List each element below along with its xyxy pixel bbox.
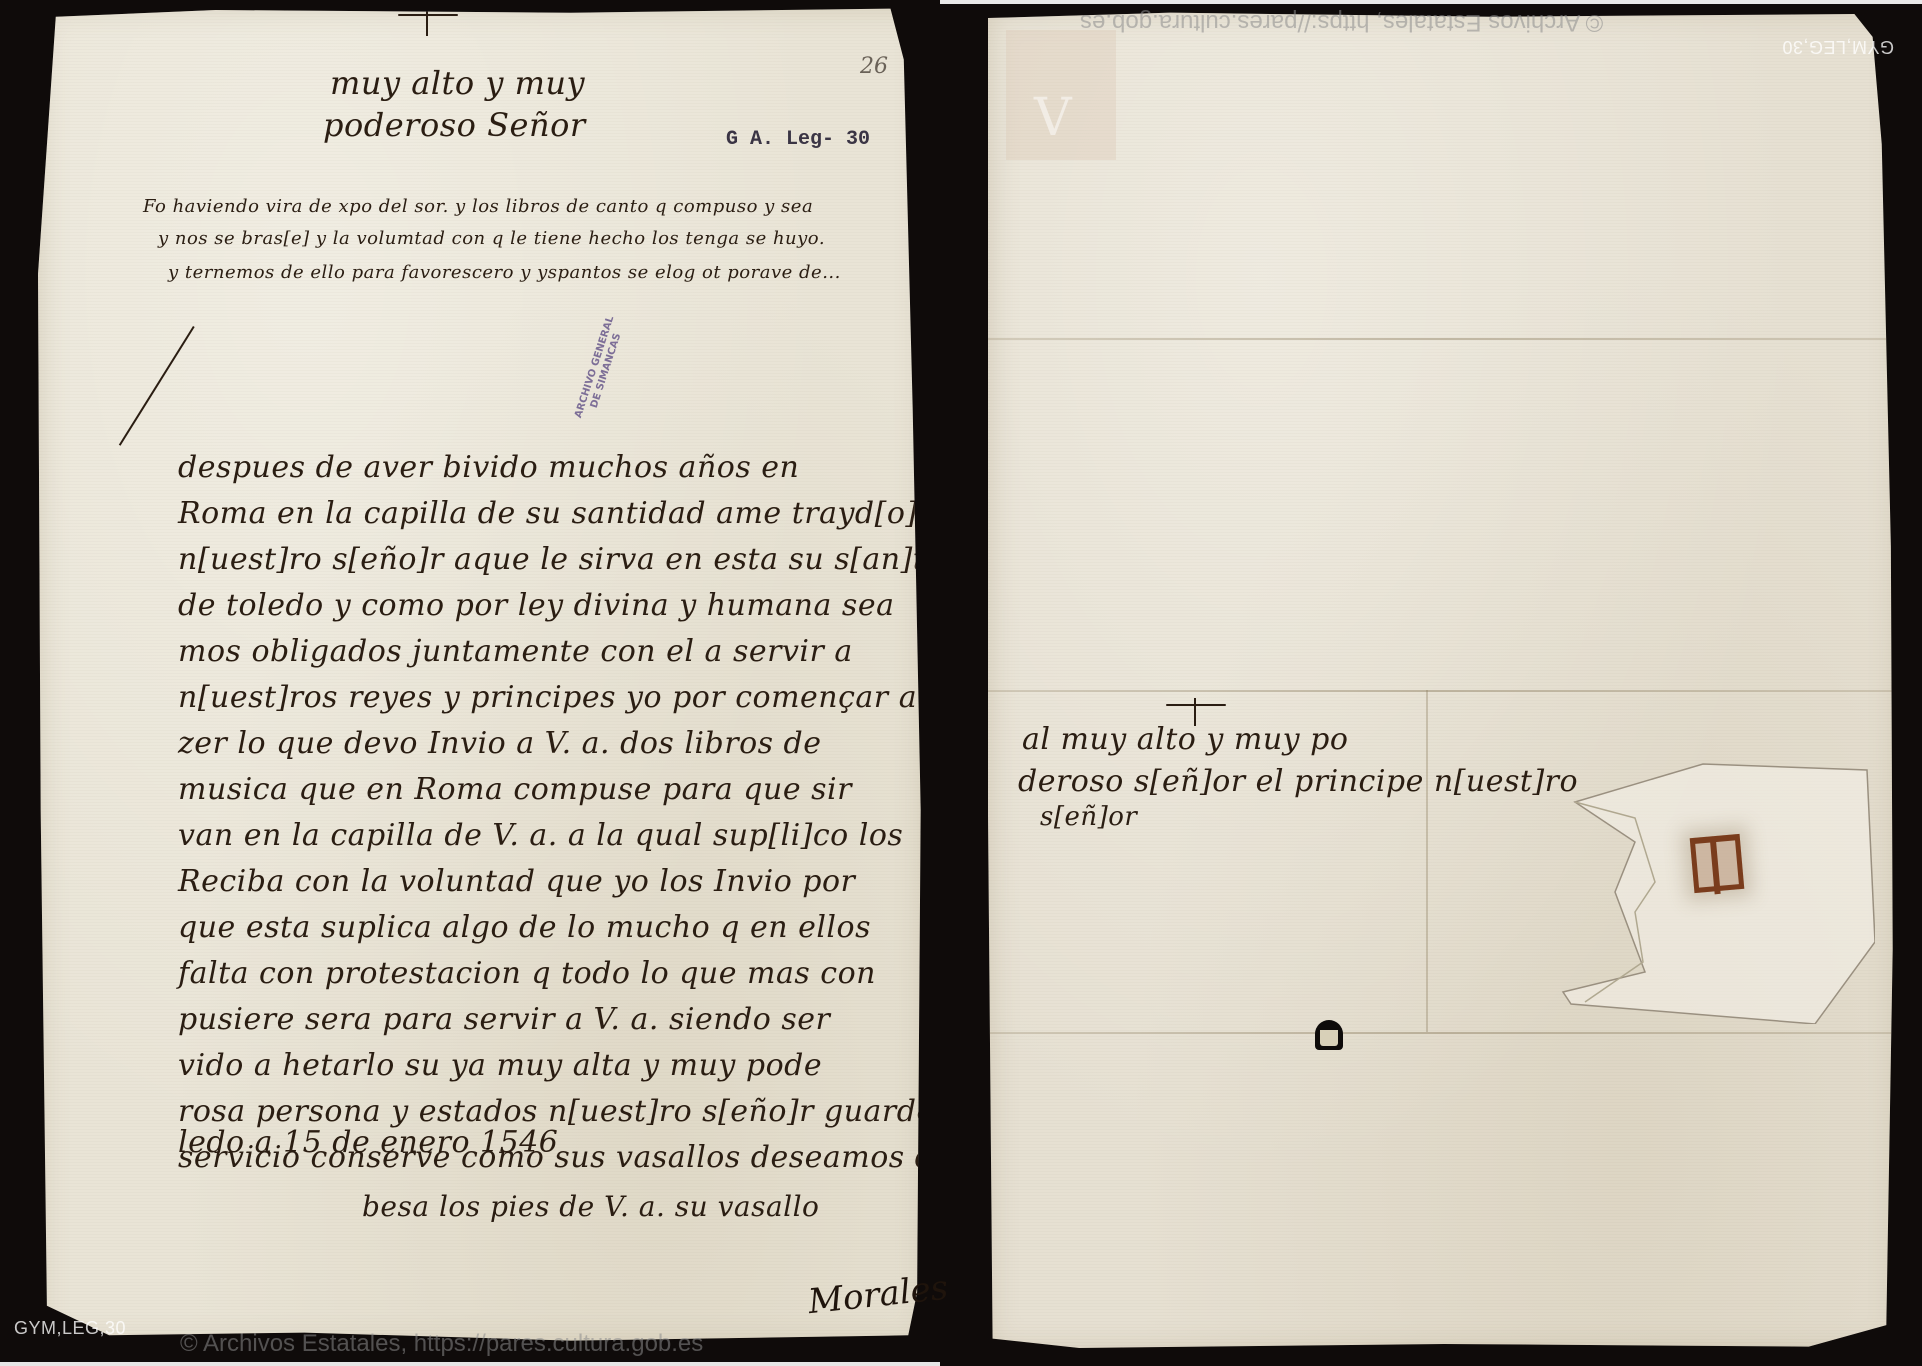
copyright-watermark-rotated: © Archivos Estatales, https://pares.cult…: [1080, 8, 1603, 36]
body-line: rosa persona y estados n[uest]ro s[eño]r…: [178, 1094, 1056, 1129]
heading-line-1: muy alto y muy: [330, 64, 585, 102]
archive-reference-label: GYM,LEG,30: [14, 1318, 126, 1339]
address-line-3: s[eñ]or: [1040, 802, 1137, 832]
body-line: Reciba con la voluntad que yo los Invio …: [178, 864, 855, 899]
body-line: pusiere sera para servir a V. a. siendo …: [178, 1002, 830, 1037]
summary-line-1: Fo haviendo vira de xpo del sor. y los l…: [143, 196, 813, 217]
body-line: vido a hetarlo su ya muy alta y muy pode: [178, 1048, 822, 1083]
viewer-bottom-edge: [0, 1362, 940, 1366]
document-viewer: muy alto y muy poderoso Señor 26 G A. Le…: [0, 0, 1922, 1366]
address-line-2: deroso s[eñ]or el principe n[uest]ro: [1018, 764, 1578, 799]
wax-seal-icon: [1690, 834, 1745, 893]
binding-hole: [1315, 1020, 1343, 1050]
margin-stroke: [119, 326, 195, 446]
body-line: musica que en Roma compuse para que sir: [178, 772, 852, 807]
body-line: van en la capilla de V. a. a la qual sup…: [178, 818, 903, 853]
body-line: mos obligados juntamente con el a servir…: [178, 634, 853, 669]
body-line: que esta suplica algo de lo mucho q en e…: [178, 910, 871, 945]
body-line: Roma en la capilla de su santidad ame tr…: [178, 496, 918, 531]
viewer-top-edge: [940, 0, 1922, 4]
folio-number: 26: [860, 54, 888, 79]
summary-line-3: y ternemos de ello para favorescero y ys…: [168, 262, 841, 283]
fold-line-vertical: [1426, 690, 1428, 1032]
archive-reference-label-rotated: GYM,LEG,30: [1782, 36, 1894, 57]
archive-stamp: ARCHIVO GENERAL DE SIMANCAS: [573, 315, 629, 424]
date-line: ledo a 15 de enero 1546: [178, 1125, 558, 1160]
summary-line-2: y nos se bras[e] y la volumtad con q le …: [158, 228, 825, 249]
heading-line-2: poderoso Señor: [323, 106, 586, 144]
typed-archive-reference: G A. Leg- 30: [726, 128, 870, 151]
body-line: despues de aver bivido muchos años en: [178, 450, 799, 485]
copyright-watermark: © Archivos Estatales, https://pares.cult…: [180, 1330, 703, 1358]
fold-line: [988, 1032, 1900, 1034]
cross-mark-icon: [398, 8, 458, 38]
body-line: falta con protestacion q todo lo que mas…: [178, 956, 876, 991]
body-line: de toledo y como por ley divina y humana…: [178, 588, 894, 623]
closing-line: besa los pies de V. a. su vasallo: [362, 1190, 819, 1223]
fold-line: [988, 690, 1900, 692]
fold-line: [988, 338, 1900, 340]
watermark-letter: V: [1034, 88, 1072, 148]
address-line-1: al muy alto y muy po: [1022, 722, 1348, 757]
letter-verso-page: V: [988, 10, 1900, 1352]
archive-watermark-logo: V: [1006, 30, 1116, 160]
body-line: n[uest]ros reyes y principes yo por come…: [178, 680, 976, 715]
body-line: n[uest]ro s[eño]r aque le sirva en esta …: [178, 542, 1040, 577]
body-line: zer lo que devo Invio a V. a. dos libros…: [178, 726, 822, 761]
